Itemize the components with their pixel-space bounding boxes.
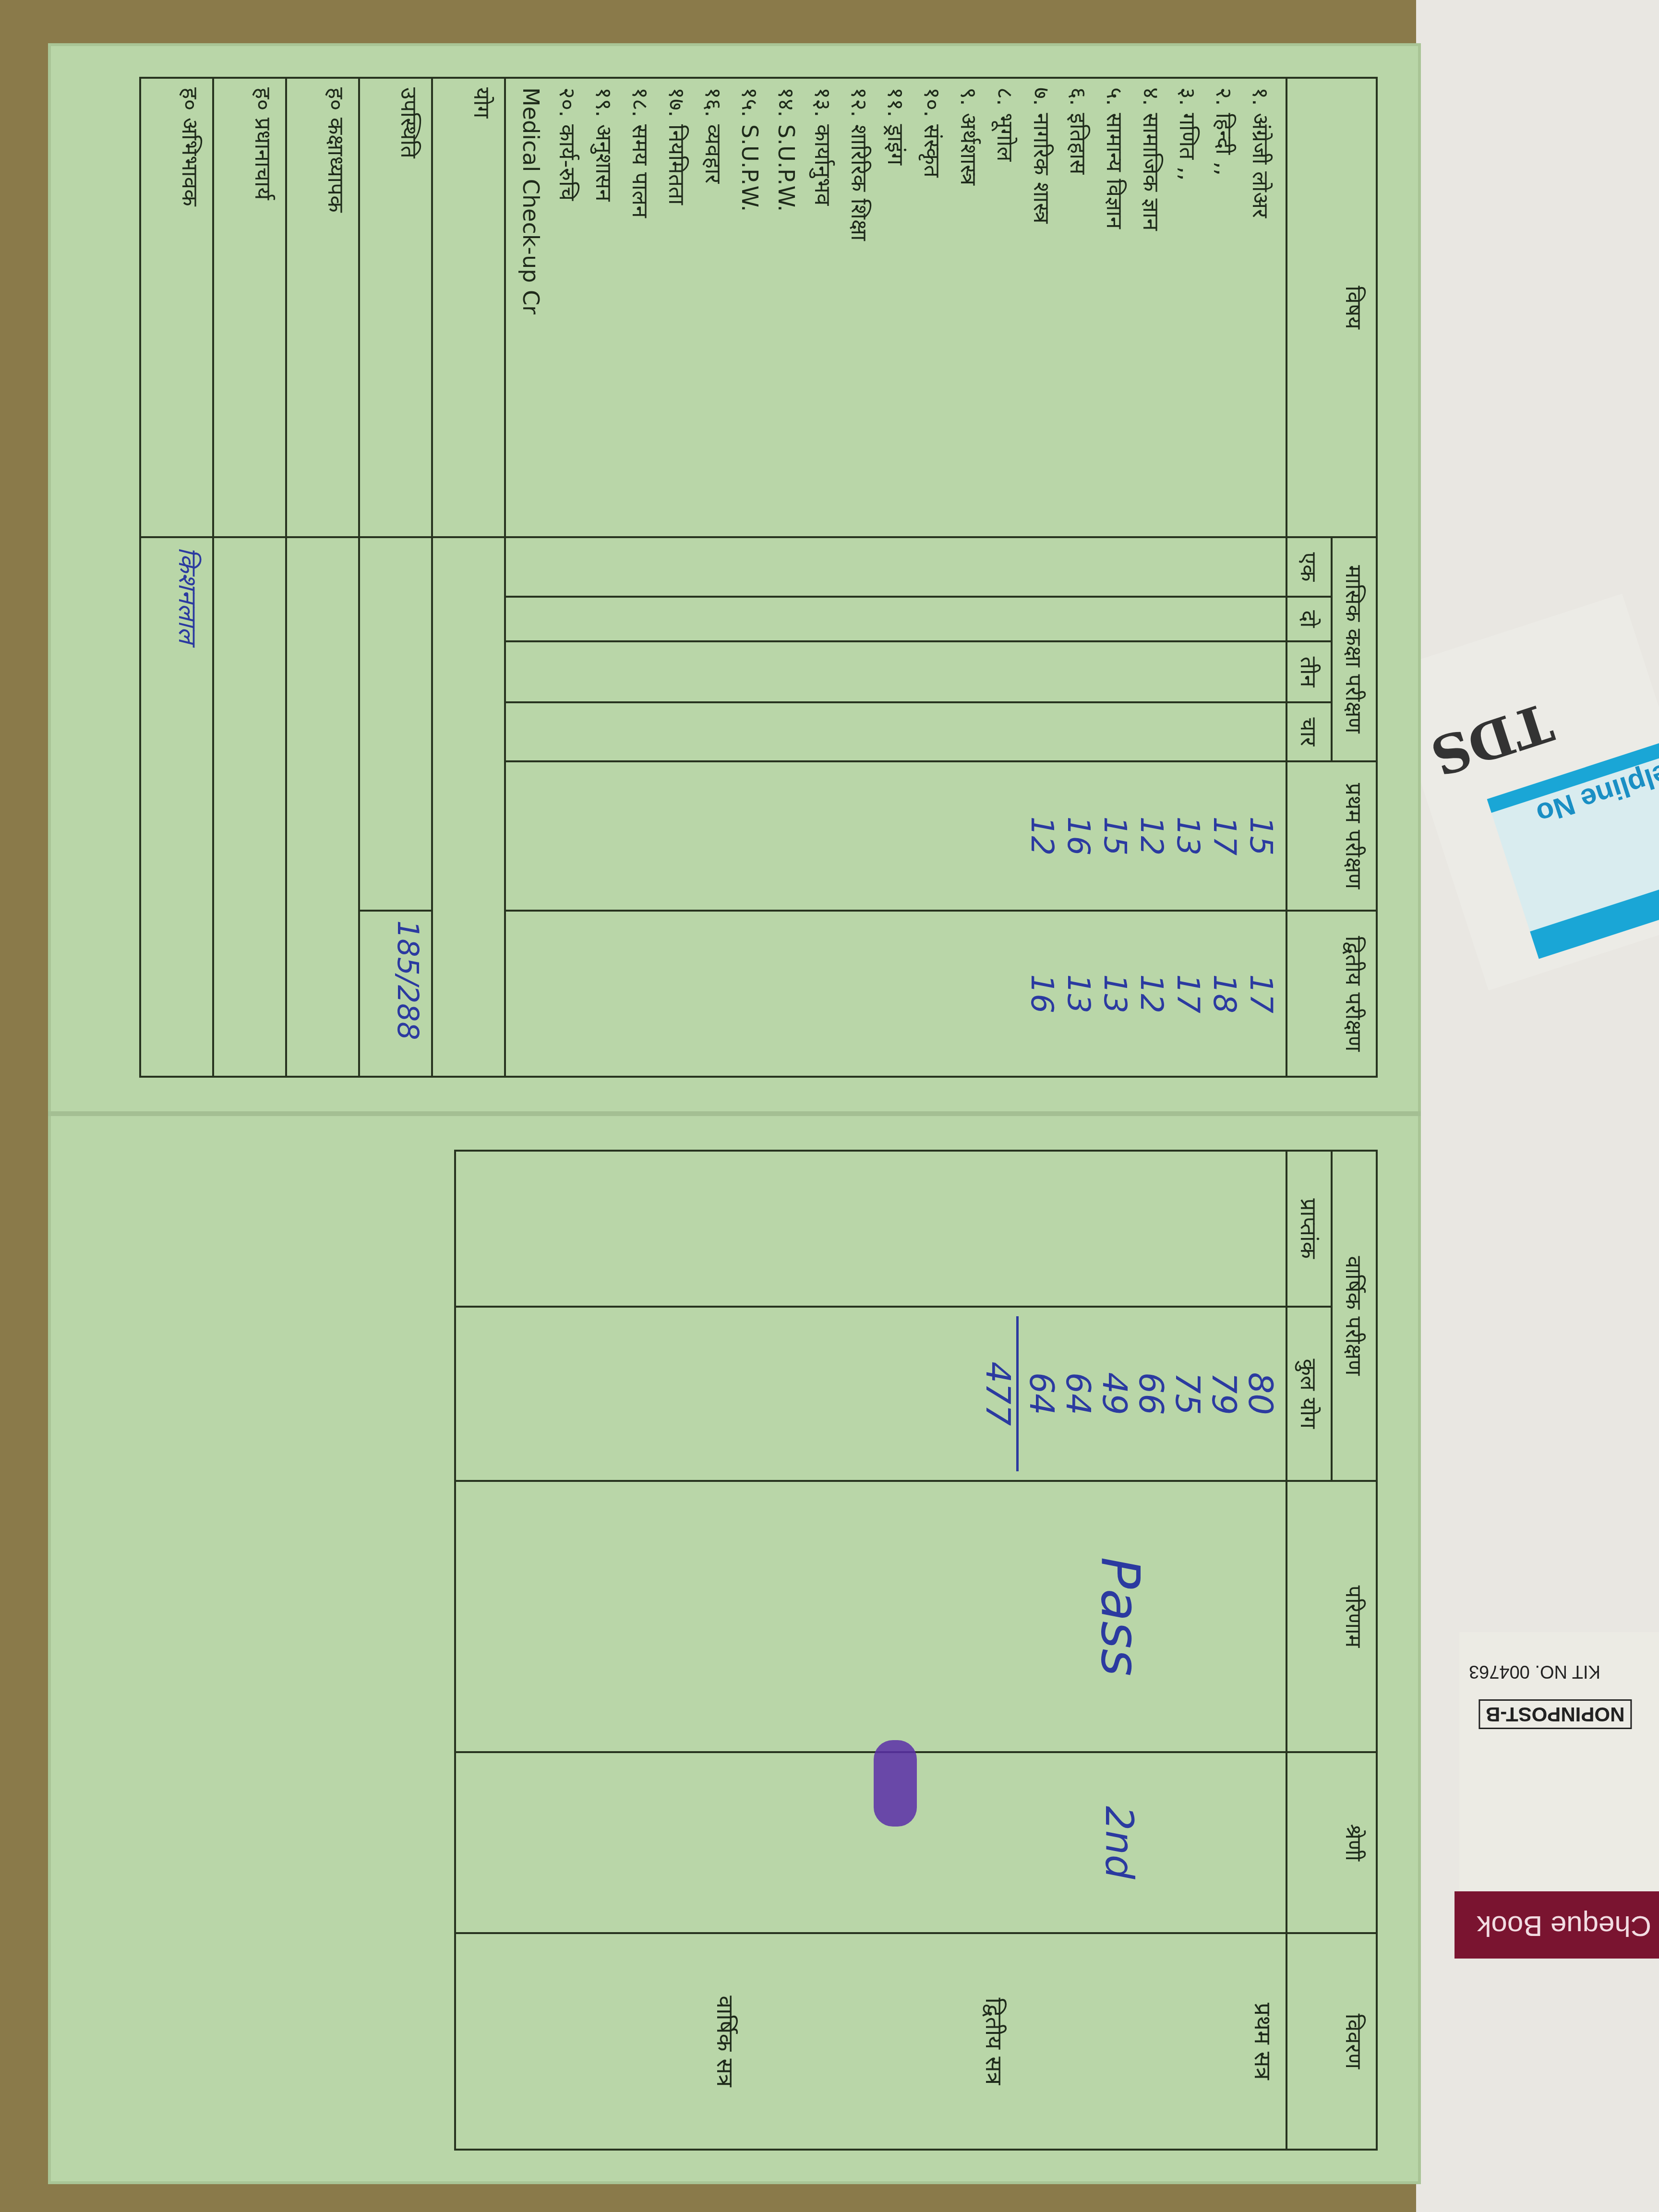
- guardian-signature: किशनलाल: [140, 537, 213, 1077]
- total-mark: 79: [1206, 1316, 1242, 1472]
- monthly-col-1: एक: [1286, 537, 1332, 596]
- session-annual: वार्षिक सत्र: [710, 1943, 741, 2140]
- first-exam-marks: 15 17 13 12 15 16 12: [505, 761, 1286, 911]
- mark: 15: [1242, 771, 1279, 902]
- subject-item: ७. नागरिक शास्त्र: [1023, 87, 1060, 528]
- attendance-label: उपस्थिति: [359, 78, 432, 537]
- session-list: प्रथम सत्र द्वितीय सत्र वार्षिक सत्र: [455, 1933, 1286, 2150]
- left-page: विषय मासिक कक्षा परीक्षण प्रथम परीक्षण द…: [48, 43, 1421, 1116]
- subject-item: १५. S.U.P.W.: [732, 87, 768, 528]
- marks-table: विषय मासिक कक्षा परीक्षण प्रथम परीक्षण द…: [139, 77, 1378, 1078]
- mark: 13: [1060, 920, 1096, 1067]
- second-exam-marks: 17 18 17 12 13 13 16: [505, 911, 1286, 1077]
- monthly-cell-2: [505, 597, 1286, 642]
- subject-item: १२. शारिरिक शिक्षा: [841, 87, 878, 528]
- annual-exam-header: वार्षिक परीक्षण: [1332, 1151, 1377, 1481]
- kit-label: KIT NO. 004763 NOPINPOST-B: [1459, 1632, 1659, 1920]
- cheque-book-cover: Cheque Book: [1455, 1891, 1659, 1959]
- total-mark: 64: [1023, 1316, 1060, 1472]
- cheque-book-label: Cheque Book: [1455, 1891, 1659, 1961]
- total-label: योग: [432, 78, 505, 537]
- subject-item: ५. सामान्य विज्ञान: [1096, 87, 1133, 528]
- mark: 15: [1096, 771, 1133, 902]
- total-row: [432, 537, 505, 1077]
- kit-code: NOPINPOST-B: [1479, 1699, 1632, 1729]
- report-card: विषय मासिक कक्षा परीक्षण प्रथम परीक्षण द…: [38, 19, 1431, 2208]
- mark: 12: [1133, 920, 1169, 1067]
- mark: 18: [1206, 920, 1242, 1067]
- subject-item: १४. S.U.P.W.: [768, 87, 805, 528]
- total-mark: 66: [1133, 1316, 1169, 1472]
- mark: 17: [1242, 920, 1279, 1067]
- monthly-header: मासिक कक्षा परीक्षण: [1332, 537, 1377, 761]
- mark: 13: [1169, 771, 1206, 902]
- principal-signature: [213, 537, 286, 1077]
- annual-table: वार्षिक परीक्षण परिणाम श्रेणी विवरण प्रा…: [454, 1150, 1378, 2151]
- monthly-cell-4: [505, 702, 1286, 761]
- subject-item: ८. भूगोल: [987, 87, 1023, 528]
- monthly-col-3: तीन: [1286, 641, 1332, 702]
- total-mark: 64: [1060, 1316, 1096, 1472]
- subject-list: १. अंग्रेजी लोअर २. हिन्दी ,, ३. गणित ,,…: [505, 78, 1286, 537]
- result-value: Pass: [455, 1481, 1286, 1752]
- class-teacher-label: ह० कक्षाध्यापक: [286, 78, 359, 537]
- mark: 16: [1023, 920, 1060, 1067]
- monthly-col-2: दो: [1286, 597, 1332, 642]
- mark: 13: [1096, 920, 1133, 1067]
- total-mark: 80: [1242, 1316, 1279, 1472]
- annual-totals: 80 79 75 66 49 64 64 477: [455, 1307, 1286, 1481]
- obtained-header: प्राप्तांक: [1286, 1151, 1332, 1307]
- monthly-cell-3: [505, 641, 1286, 702]
- session-first: प्रथम सत्र: [1010, 1943, 1279, 2140]
- subject-item: ३. गणित ,,: [1169, 87, 1206, 528]
- subject-item: Medical Check-up Cr: [513, 87, 549, 528]
- details-header: विवरण: [1286, 1933, 1377, 2150]
- attendance-value: 185/288: [359, 911, 432, 1077]
- subject-item: १७. नियमितता: [659, 87, 695, 528]
- attendance-blank: [359, 537, 432, 911]
- right-page: वार्षिक परीक्षण परिणाम श्रेणी विवरण प्रा…: [48, 1116, 1421, 2184]
- second-exam-header: द्वितीय परीक्षण: [1286, 911, 1377, 1077]
- result-header: परिणाम: [1286, 1481, 1377, 1752]
- subject-item: १३. कार्यानुभव: [805, 87, 841, 528]
- tds-logo: TDS: [1424, 691, 1560, 788]
- session-second: द्वितीय सत्र: [741, 1943, 1010, 2140]
- subject-item: २०. कार्य-रुचि: [549, 87, 586, 528]
- mark: 12: [1023, 771, 1060, 902]
- first-exam-header: प्रथम परीक्षण: [1286, 761, 1377, 911]
- annual-sum: 477: [980, 1316, 1019, 1472]
- obtained-cell: [455, 1151, 1286, 1307]
- kit-number: KIT NO. 004763: [1469, 1661, 1600, 1682]
- monthly-cell-1: [505, 537, 1286, 596]
- class-teacher-signature: [286, 537, 359, 1077]
- subject-item: २. हिन्दी ,,: [1206, 87, 1242, 528]
- subject-item: ६. इतिहास: [1060, 87, 1096, 528]
- subject-item: ४. सामाजिक ज्ञान: [1133, 87, 1169, 528]
- mark: 12: [1133, 771, 1169, 902]
- division-value: 2nd: [455, 1752, 1286, 1933]
- total-mark: 49: [1096, 1316, 1133, 1472]
- subject-item: १०. संस्कृत: [914, 87, 950, 528]
- subject-item: ११. ड्राइंग: [878, 87, 914, 528]
- subject-item: १. अंग्रेजी लोअर: [1242, 87, 1279, 528]
- guardian-label: ह० अभिभावक: [140, 78, 213, 537]
- subject-item: १८. समय पालन: [622, 87, 659, 528]
- mark: 17: [1206, 771, 1242, 902]
- grand-total-header: कुल योग: [1286, 1307, 1332, 1481]
- subject-header: विषय: [1286, 78, 1377, 537]
- tds-helpline: Helpline No: [1491, 750, 1659, 871]
- mark: 16: [1060, 771, 1096, 902]
- subject-item: १९. अनुशासन: [586, 87, 622, 528]
- principal-label: ह० प्रधानाचार्य: [213, 78, 286, 537]
- monthly-col-4: चार: [1286, 702, 1332, 761]
- division-header: श्रेणी: [1286, 1752, 1377, 1933]
- ink-stamp: [874, 1740, 917, 1827]
- mark: 17: [1169, 920, 1206, 1067]
- subject-item: ९. अर्थशास्त्र: [950, 87, 987, 528]
- subject-item: १६. व्यवहार: [695, 87, 732, 528]
- total-mark: 75: [1169, 1316, 1206, 1472]
